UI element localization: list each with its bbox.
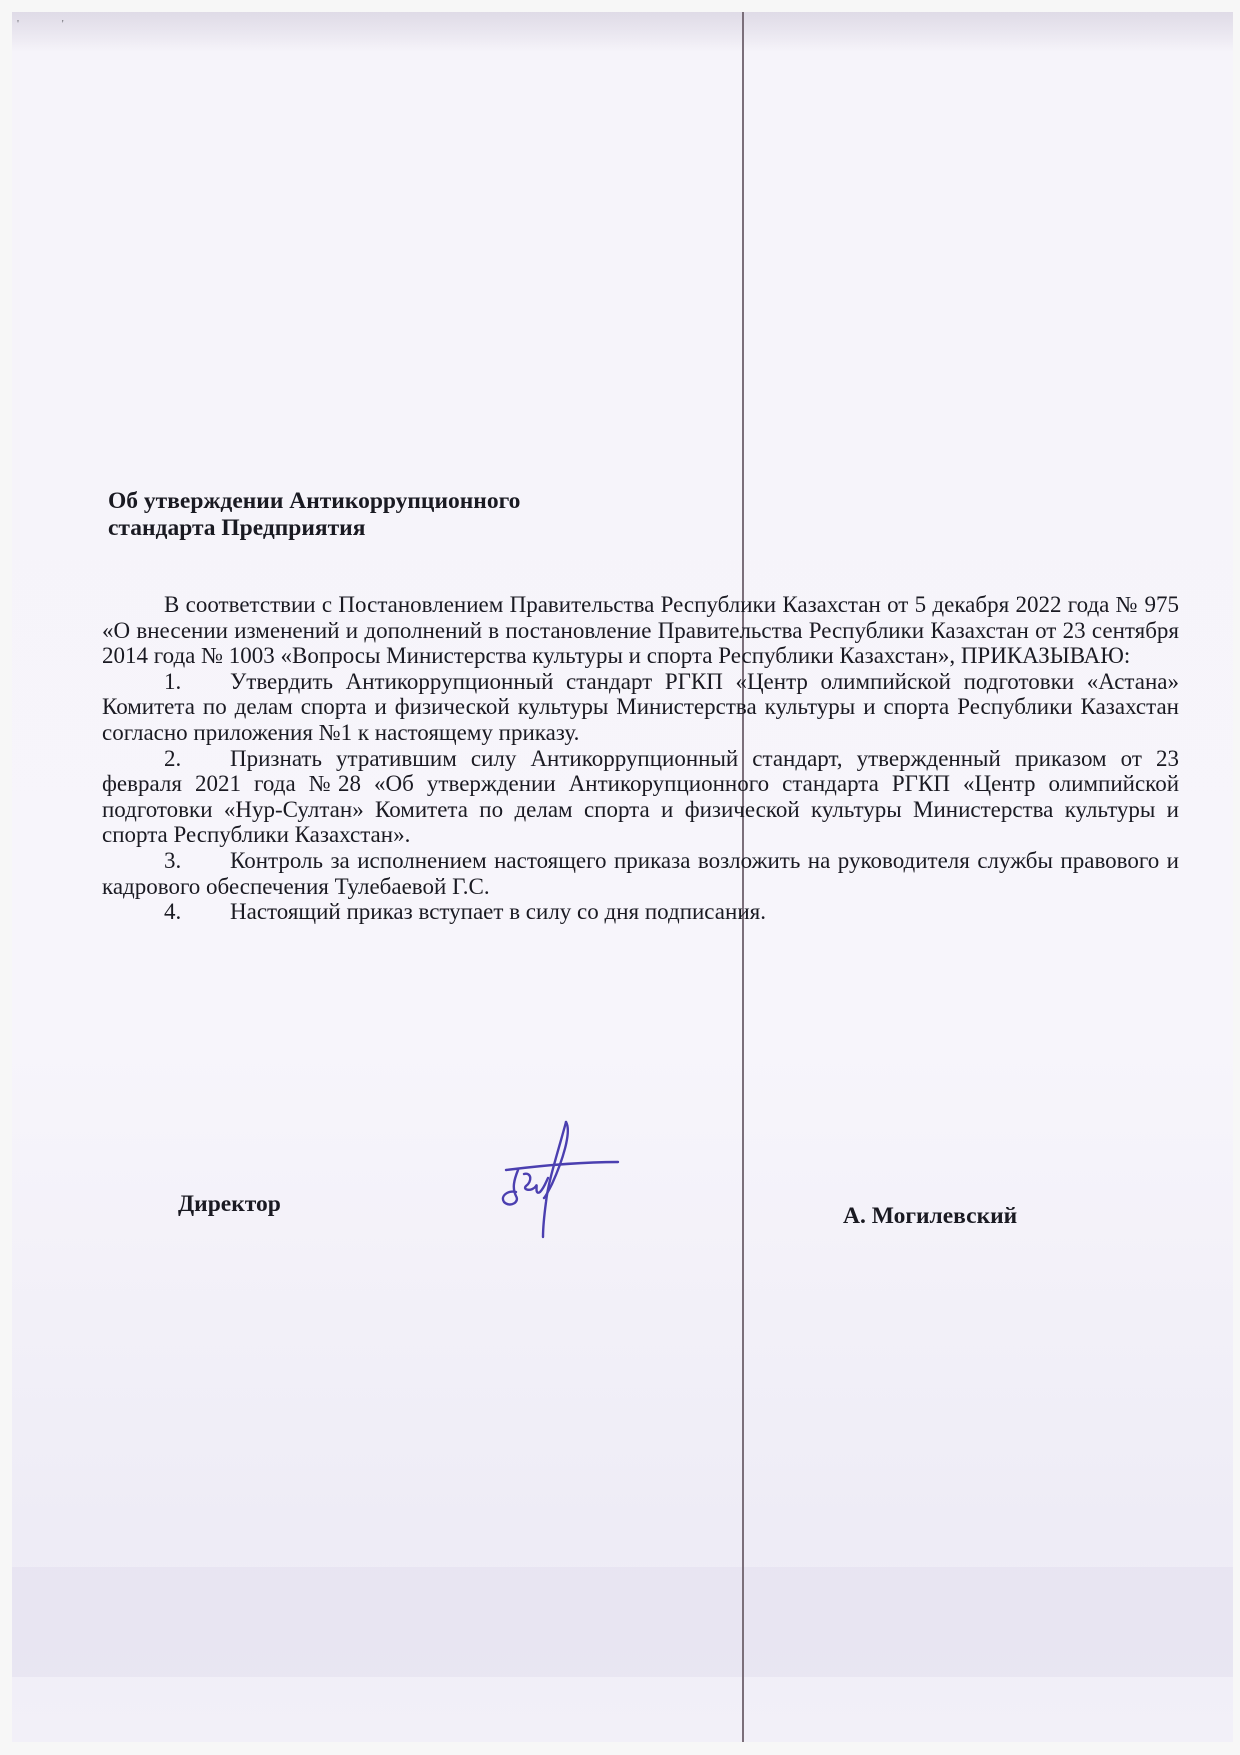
scan-marks: ' ' [17, 18, 84, 30]
item-text: Признать утратившим силу Антикоррупционн… [102, 746, 1179, 848]
item-number: 1. [164, 669, 230, 695]
item-number: 4. [164, 899, 230, 925]
scan-shadow-top [12, 12, 1233, 52]
order-item-2: 2.Признать утратившим силу Антикоррупцио… [102, 746, 1179, 848]
item-text: Контроль за исполнением настоящего прика… [102, 848, 1179, 899]
preamble-paragraph: В соответствии с Постановлением Правител… [102, 592, 1179, 669]
order-item-1: 1.Утвердить Антикоррупционный стандарт Р… [102, 669, 1179, 746]
document-body: В соответствии с Постановлением Правител… [102, 592, 1179, 925]
item-number: 3. [164, 848, 230, 874]
item-text: Настоящий приказ вступает в силу со дня … [230, 899, 766, 924]
document-title: Об утверждении Антикоррупционного станда… [108, 488, 520, 542]
scan-shadow-bottom [12, 1567, 1233, 1677]
item-number: 2. [164, 746, 230, 772]
title-line-2: стандарта Предприятия [108, 515, 520, 542]
order-item-3: 3.Контроль за исполнением настоящего при… [102, 848, 1179, 899]
title-line-1: Об утверждении Антикоррупционного [108, 488, 520, 515]
item-text: Утвердить Антикоррупционный стандарт РГК… [102, 669, 1179, 745]
order-item-4: 4.Настоящий приказ вступает в силу со дн… [102, 899, 1179, 925]
